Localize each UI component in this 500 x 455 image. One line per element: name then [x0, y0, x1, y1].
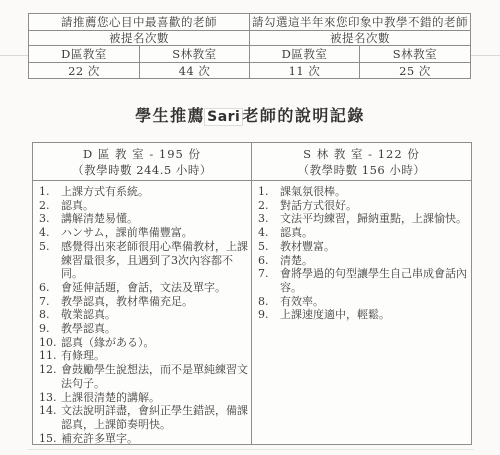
item-text: ハンサム，課前準備豐富。 [61, 226, 248, 240]
column-header-s: S 林 教 室 - 122 份 （教學時數 156 小時） [252, 143, 471, 181]
item-text: 敬業認真。 [61, 308, 248, 322]
column-subtitle: （教學時數 156 小時） [252, 162, 471, 178]
item-number: 12. [39, 363, 61, 390]
title-suffix: 老師的說明記錄 [242, 106, 365, 125]
item-text: 文法說明詳盡，會糾正學生錯誤，備課認真，上課節奏明快。 [61, 404, 248, 431]
item-text: 教材豐富。 [280, 240, 468, 254]
item-number: 2. [39, 199, 61, 213]
item-text: 上課速度適中，輕鬆。 [280, 308, 468, 322]
item-number: 11. [39, 349, 61, 363]
nomination-count-value: 22 次 [29, 63, 140, 78]
list-item: 8. 有效率。 [258, 295, 468, 309]
item-number: 10. [39, 336, 61, 350]
item-number: 3. [258, 212, 280, 226]
item-number: 4. [39, 226, 61, 240]
item-number: 8. [258, 295, 280, 309]
item-text: 會延伸話題，會話，文法及單字。 [61, 281, 248, 295]
item-number: 14. [39, 404, 61, 431]
nomination-count-label-right: 被提名次數 [250, 31, 470, 46]
item-text: 認真。 [61, 199, 248, 213]
item-number: 3. [39, 212, 61, 226]
item-text: 感覺得出來老師很用心準備教材，上課練習量很多，且遇到了3次內容都不同。 [61, 240, 248, 281]
list-item: 3. 講解清楚易懂。 [39, 212, 248, 226]
list-item: 3. 文法平均練習，歸納重點，上課愉快。 [258, 212, 468, 226]
item-text: 認真。 [280, 226, 468, 240]
comment-list-d: 1. 上課方式有系統。 2. 認真。 3. 講解清楚易懂。 4. [33, 181, 251, 444]
item-text: 上課方式有系統。 [61, 185, 248, 199]
list-item: 4. 認真。 [258, 226, 468, 240]
item-text: 有條理。 [61, 349, 248, 363]
item-number: 9. [258, 308, 280, 322]
item-number: 2. [258, 199, 280, 213]
page-title: 學生推薦Sari老師的說明記錄 [0, 103, 500, 126]
list-item: 13. 上課很清楚的講解。 [39, 391, 248, 405]
list-item: 7. 教學認真，教材準備充足。 [39, 295, 248, 309]
nomination-count-label-left: 被提名次數 [29, 31, 250, 46]
column-title: S 林 教 室 - 122 份 [252, 146, 471, 162]
item-number: 15. [39, 432, 61, 444]
item-number: 4. [258, 226, 280, 240]
comments-table: D 區 教 室 - 195 份 （教學時數 244.5 小時） 1. 上課方式有… [32, 142, 472, 445]
classroom-header-d-right: D區教室 [250, 46, 360, 63]
item-text: 文法平均練習，歸納重點，上課愉快。 [280, 212, 468, 226]
comment-list-s: 1. 課氣氛很棒。 2. 對話方式很好。 3. 文法平均練習，歸納重點，上課愉快… [252, 181, 471, 444]
classroom-header-s-right: S林教室 [360, 46, 470, 63]
list-item: 4. ハンサム，課前準備豐富。 [39, 226, 248, 240]
item-number: 6. [258, 254, 280, 268]
scan-artifact-line [28, 449, 474, 450]
item-number: 8. [39, 308, 61, 322]
list-item: 6. 會延伸話題，會話，文法及單字。 [39, 281, 248, 295]
list-item: 5. 教材豐富。 [258, 240, 468, 254]
column-header-d: D 區 教 室 - 195 份 （教學時數 244.5 小時） [33, 143, 251, 181]
item-number: 1. [258, 185, 280, 199]
list-item: 14. 文法說明詳盡，會糾正學生錯誤，備課認真，上課節奏明快。 [39, 404, 248, 431]
list-item: 2. 對話方式很好。 [258, 199, 468, 213]
item-text: 認真（緣がある）。 [61, 336, 248, 350]
list-item: 2. 認真。 [39, 199, 248, 213]
item-text: 清楚。 [280, 254, 468, 268]
item-number: 5. [258, 240, 280, 254]
item-number: 13. [39, 391, 61, 405]
item-text: 課氣氛很棒。 [280, 185, 468, 199]
list-item: 9. 上課速度適中，輕鬆。 [258, 308, 468, 322]
classroom-header-d-left: D區教室 [29, 46, 140, 63]
list-item: 12. 會鼓勵學生說想法，而不是單純練習文法句子。 [39, 363, 248, 390]
item-text: 教學認真。 [61, 322, 248, 336]
comments-column-s-classroom: S 林 教 室 - 122 份 （教學時數 156 小時） 1. 課氣氛很棒。 … [252, 143, 471, 444]
item-text: 會將學過的句型讓學生自己串成會話內容。 [280, 267, 468, 294]
item-text: 講解清楚易懂。 [61, 212, 248, 226]
classroom-header-s-left: S林教室 [140, 46, 250, 63]
item-number: 5. [39, 240, 61, 281]
column-title: D 區 教 室 - 195 份 [33, 146, 251, 162]
item-text: 上課很清楚的講解。 [61, 391, 248, 405]
item-text: 有效率。 [280, 295, 468, 309]
list-item: 1. 課氣氛很棒。 [258, 185, 468, 199]
list-item: 1. 上課方式有系統。 [39, 185, 248, 199]
list-item: 10. 認真（緣がある）。 [39, 336, 248, 350]
list-item: 15. 補充許多單字。 [39, 432, 248, 444]
item-number: 1. [39, 185, 61, 199]
list-item: 7. 會將學過的句型讓學生自己串成會話內容。 [258, 267, 468, 294]
item-number: 7. [258, 267, 280, 294]
item-number: 9. [39, 322, 61, 336]
nomination-summary-table: 請推薦您心目中最喜歡的老師 請勾選這半年來您印象中教學不錯的老師 被提名次數 被… [28, 13, 471, 79]
title-prefix: 學生推薦 [135, 106, 205, 125]
teacher-name: Sari [205, 109, 242, 125]
list-item: 11. 有條理。 [39, 349, 248, 363]
comments-column-d-classroom: D 區 教 室 - 195 份 （教學時數 244.5 小時） 1. 上課方式有… [33, 143, 252, 444]
list-item: 5. 感覺得出來老師很用心準備教材，上課練習量很多，且遇到了3次內容都不同。 [39, 240, 248, 281]
column-subtitle: （教學時數 244.5 小時） [33, 162, 251, 178]
item-text: 教學認真，教材準備充足。 [61, 295, 248, 309]
item-number: 7. [39, 295, 61, 309]
item-text: 補充許多單字。 [61, 432, 248, 444]
item-text: 對話方式很好。 [280, 199, 468, 213]
question-good-impression-teacher: 請勾選這半年來您印象中教學不錯的老師 [250, 14, 470, 31]
list-item: 9. 教學認真。 [39, 322, 248, 336]
nomination-count-value: 44 次 [140, 63, 250, 78]
nomination-count-value: 25 次 [360, 63, 470, 78]
question-favorite-teacher: 請推薦您心目中最喜歡的老師 [29, 14, 250, 31]
list-item: 6. 清楚。 [258, 254, 468, 268]
item-number: 6. [39, 281, 61, 295]
item-text: 會鼓勵學生說想法，而不是單純練習文法句子。 [61, 363, 248, 390]
nomination-count-value: 11 次 [250, 63, 360, 78]
list-item: 8. 敬業認真。 [39, 308, 248, 322]
